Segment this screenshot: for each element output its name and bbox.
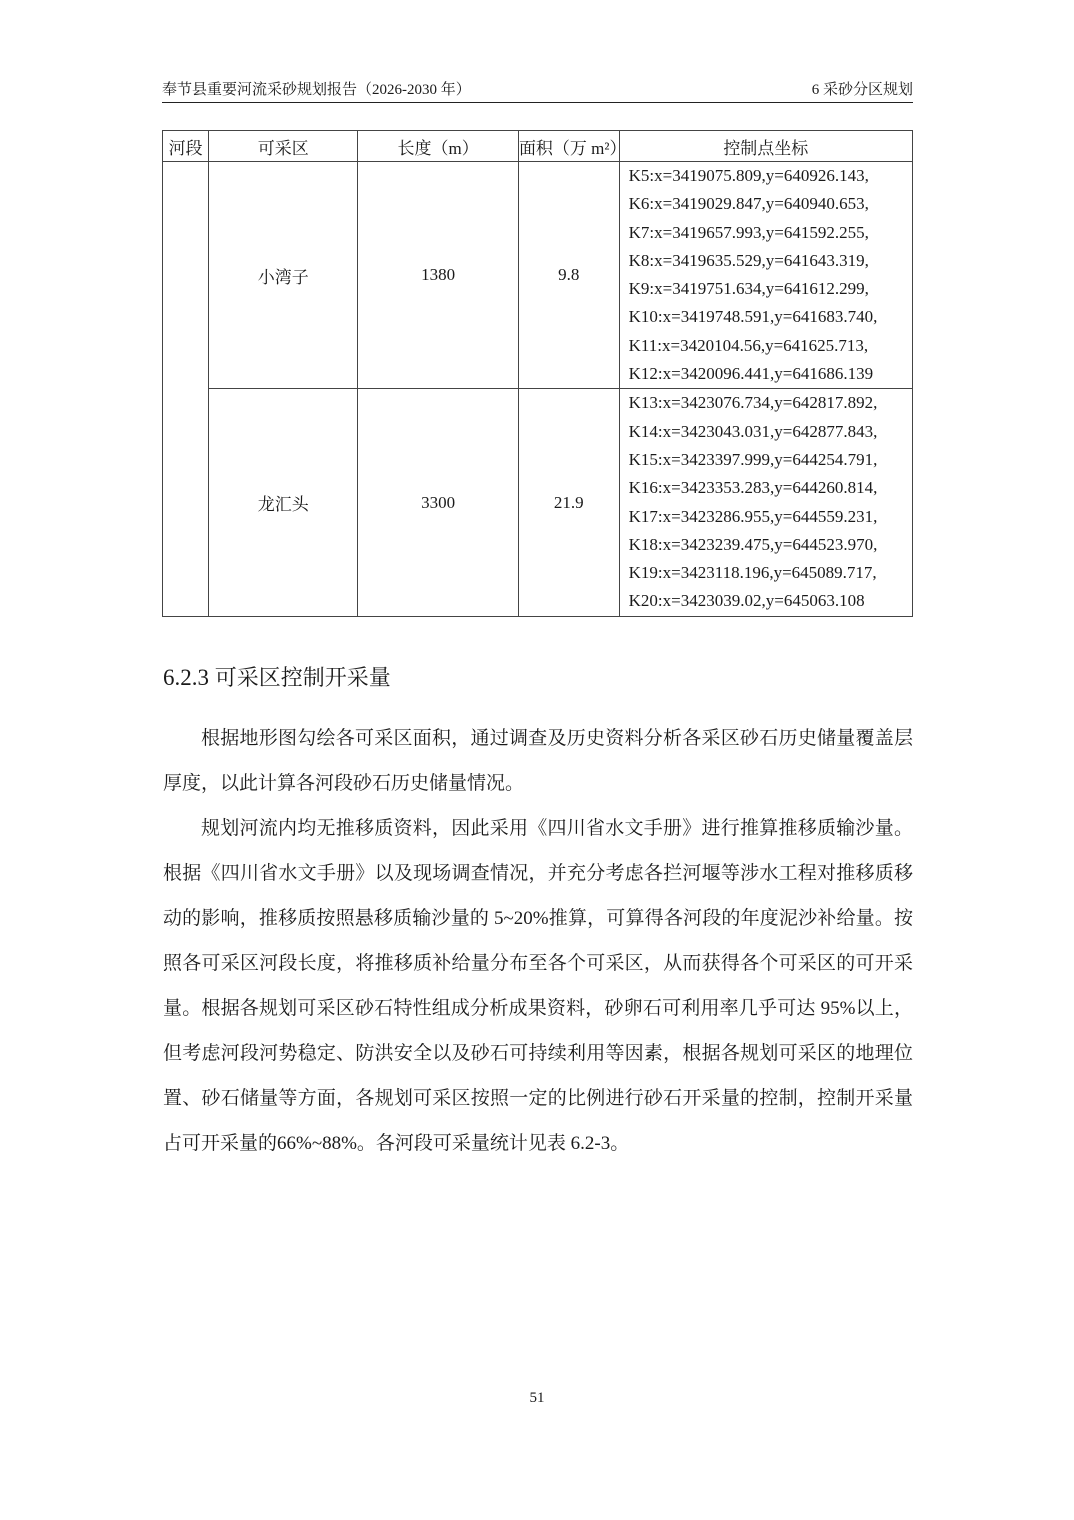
section-number: 6.2.3 [163, 665, 209, 690]
length-cell: 1380 [358, 162, 519, 389]
coordinate-line: K16:x=3423353.283,y=644260.814, [629, 474, 912, 502]
segment-cell [163, 162, 209, 617]
table-header-row: 河段 可采区 长度（m） 面积（万 m²） 控制点坐标 [163, 131, 913, 162]
coordinate-line: K5:x=3419075.809,y=640926.143, [629, 162, 912, 190]
page-number: 51 [0, 1390, 1074, 1407]
coordinate-line: K12:x=3420096.441,y=641686.139 [629, 360, 912, 388]
coordinate-line: K6:x=3419029.847,y=640940.653, [629, 190, 912, 218]
section-heading: 6.2.3 可采区控制开采量 [163, 661, 391, 692]
length-cell: 3300 [358, 389, 519, 616]
area-cell: 21.9 [518, 389, 619, 616]
coordinate-line: K8:x=3419635.529,y=641643.319, [629, 247, 912, 275]
page-header: 奉节县重要河流采砂规划报告（2026-2030 年） 6 采砂分区规划 [162, 76, 913, 103]
coordinate-line: K9:x=3419751.634,y=641612.299, [629, 275, 912, 303]
coordinate-line: K7:x=3419657.993,y=641592.255, [629, 219, 912, 247]
coordinate-line: K19:x=3423118.196,y=645089.717, [629, 559, 912, 587]
table-row: 龙汇头 3300 21.9 K13:x=3423076.734,y=642817… [163, 389, 913, 616]
coordinate-line: K10:x=3419748.591,y=641683.740, [629, 303, 912, 331]
coordinate-line: K20:x=3423039.02,y=645063.108 [629, 587, 912, 615]
table-row: 小湾子 1380 9.8 K5:x=3419075.809,y=640926.1… [163, 162, 913, 389]
header-report-title: 奉节县重要河流采砂规划报告（2026-2030 年） [162, 78, 471, 99]
coordinate-line: K13:x=3423076.734,y=642817.892, [629, 389, 912, 417]
coordinates-cell: K13:x=3423076.734,y=642817.892, K14:x=34… [619, 389, 912, 616]
coordinate-line: K17:x=3423286.955,y=644559.231, [629, 503, 912, 531]
control-points-table: 河段 可采区 长度（m） 面积（万 m²） 控制点坐标 小湾子 1380 9.8… [162, 130, 913, 617]
column-header-segment: 河段 [163, 131, 209, 162]
column-header-area: 面积（万 m²） [518, 131, 619, 162]
paragraph-area-estimation: 根据地形图勾绘各可采区面积，通过调查及历史资料分析各采区砂石历史储量覆盖层厚度，… [163, 716, 913, 806]
column-header-zone: 可采区 [209, 131, 358, 162]
zone-cell: 小湾子 [209, 162, 358, 389]
area-cell: 9.8 [518, 162, 619, 389]
coordinate-line: K18:x=3423239.475,y=644523.970, [629, 531, 912, 559]
paragraph-extraction-control: 规划河流内均无推移质资料，因此采用《四川省水文手册》进行推算推移质输沙量。根据《… [163, 806, 913, 1166]
header-chapter-title: 6 采砂分区规划 [812, 78, 913, 99]
coordinates-cell: K5:x=3419075.809,y=640926.143, K6:x=3419… [619, 162, 912, 389]
column-header-length: 长度（m） [358, 131, 519, 162]
coordinate-line: K11:x=3420104.56,y=641625.713, [629, 332, 912, 360]
coordinate-line: K15:x=3423397.999,y=644254.791, [629, 446, 912, 474]
coordinate-line: K14:x=3423043.031,y=642877.843, [629, 418, 912, 446]
column-header-coordinates: 控制点坐标 [619, 131, 912, 162]
zone-cell: 龙汇头 [209, 389, 358, 616]
section-title-text: 可采区控制开采量 [215, 666, 391, 691]
